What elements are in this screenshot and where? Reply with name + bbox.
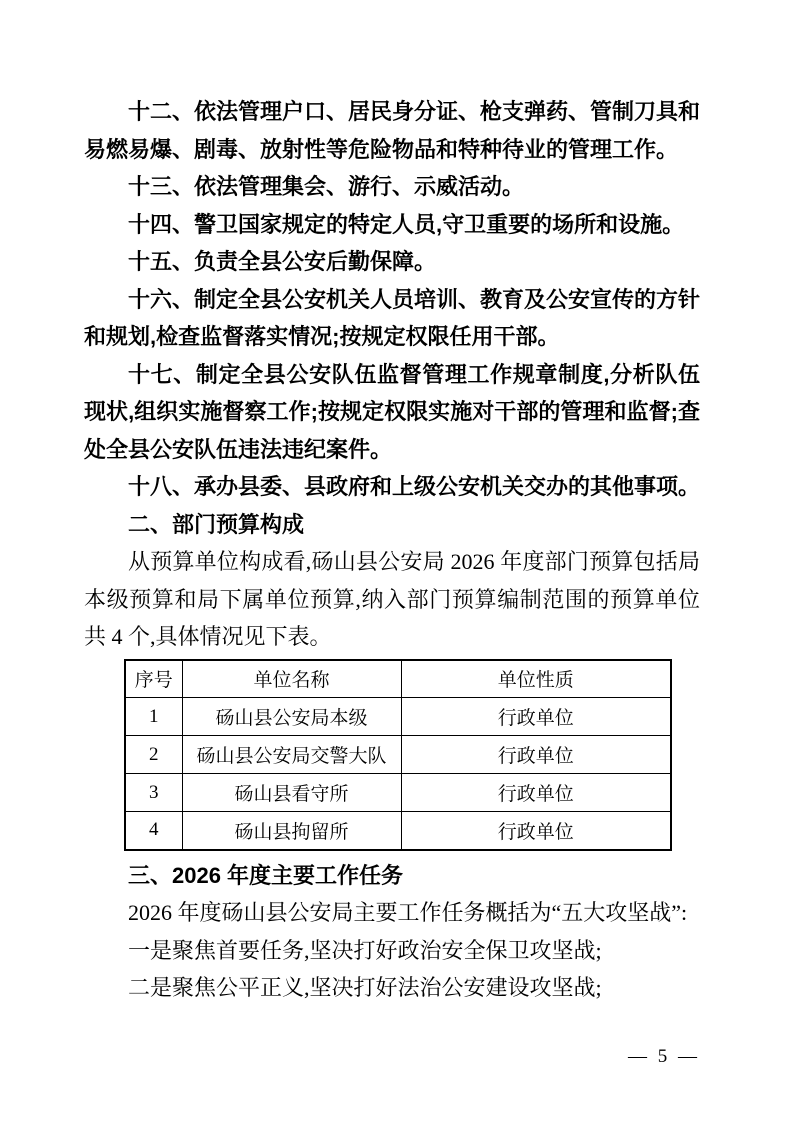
document-page: 十二、依法管理户口、居民身分证、枪支弹药、管制刀具和易燃易爆、剧毒、放射性等危险… — [0, 0, 793, 1122]
table-header-row: 序号 单位名称 单位性质 — [125, 660, 671, 698]
table-row: 2 砀山县公安局交警大队 行政单位 — [125, 736, 671, 774]
table-cell-unit-name: 砀山县看守所 — [182, 774, 401, 812]
duty-item-15: 十五、负责全县公安后勤保障。 — [84, 243, 700, 281]
table-header-unit-type: 单位性质 — [401, 660, 671, 698]
budget-composition-paragraph: 从预算单位构成看,砀山县公安局 2026 年度部门预算包括局本级预算和局下属单位… — [84, 543, 700, 656]
table-row: 3 砀山县看守所 行政单位 — [125, 774, 671, 812]
table-cell-unit-name: 砀山县公安局交警大队 — [182, 736, 401, 774]
table-cell-unit-name: 砀山县公安局本级 — [182, 698, 401, 736]
work-task-line-2: 二是聚焦公平正义,坚决打好法治公安建设攻坚战; — [84, 969, 700, 1007]
duty-item-14: 十四、警卫国家规定的特定人员,守卫重要的场所和设施。 — [84, 206, 700, 244]
table-row: 1 砀山县公安局本级 行政单位 — [125, 698, 671, 736]
table-header-serial: 序号 — [125, 660, 182, 698]
table-cell-unit-type: 行政单位 — [401, 736, 671, 774]
document-body: 十二、依法管理户口、居民身分证、枪支弹药、管制刀具和易燃易爆、剧毒、放射性等危险… — [84, 93, 700, 1007]
table-cell-unit-type: 行政单位 — [401, 812, 671, 850]
table-cell-serial: 1 — [125, 698, 182, 736]
duty-item-16: 十六、制定全县公安机关人员培训、教育及公安宣传的方针和规划,检查监督落实情况;按… — [84, 281, 700, 356]
table-cell-serial: 2 — [125, 736, 182, 774]
section-heading-budget-composition: 二、部门预算构成 — [84, 506, 700, 544]
duty-item-18: 十八、承办县委、县政府和上级公安机关交办的其他事项。 — [84, 468, 700, 506]
table-cell-unit-type: 行政单位 — [401, 774, 671, 812]
duty-item-12: 十二、依法管理户口、居民身分证、枪支弹药、管制刀具和易燃易爆、剧毒、放射性等危险… — [84, 93, 700, 168]
table-cell-unit-type: 行政单位 — [401, 698, 671, 736]
table-cell-serial: 4 — [125, 812, 182, 850]
duty-item-13: 十三、依法管理集会、游行、示威活动。 — [84, 168, 700, 206]
work-tasks-intro-paragraph: 2026 年度砀山县公安局主要工作任务概括为“五大攻坚战”: — [84, 894, 700, 932]
table-row: 4 砀山县拘留所 行政单位 — [125, 812, 671, 850]
section-heading-work-tasks: 三、2026 年度主要工作任务 — [84, 857, 700, 895]
budget-units-table: 序号 单位名称 单位性质 1 砀山县公安局本级 行政单位 2 砀山县公安局交警大… — [124, 659, 672, 851]
work-task-line-1: 一是聚焦首要任务,坚决打好政治安全保卫攻坚战; — [84, 932, 700, 970]
table-cell-unit-name: 砀山县拘留所 — [182, 812, 401, 850]
page-number: — 5 — — [628, 1046, 700, 1068]
table-cell-serial: 3 — [125, 774, 182, 812]
table-header-unit-name: 单位名称 — [182, 660, 401, 698]
duty-item-17: 十七、制定全县公安队伍监督管理工作规章制度,分析队伍现状,组织实施督察工作;按规… — [84, 356, 700, 469]
